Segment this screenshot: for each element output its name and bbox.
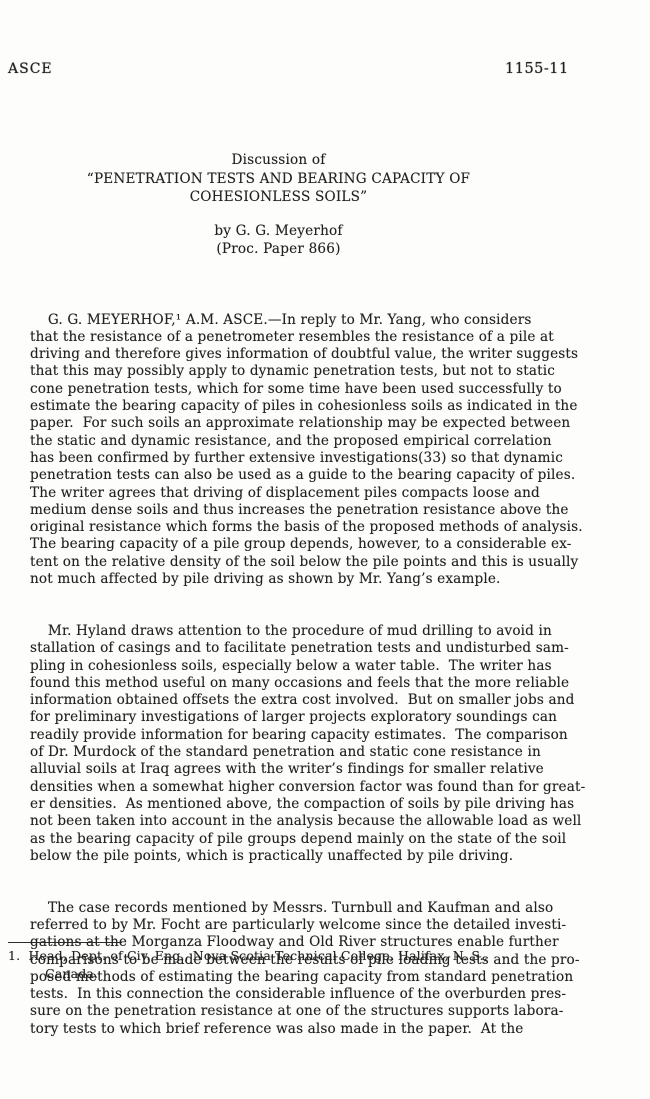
footnote-rule (8, 942, 122, 943)
paragraph-reply-to-yang: G. G. MEYERHOF,¹ A.M. ASCE.—In reply to … (30, 312, 648, 589)
author-byline: by G. G. Meyerhof (0, 222, 557, 240)
title-block: Discussion of “PENETRATION TESTS AND BEA… (0, 151, 557, 258)
paper-title-line2: COHESIONLESS SOILS” (0, 188, 557, 207)
paragraph-reply-to-hyland: Mr. Hyland draws attention to the proced… (30, 623, 648, 865)
footnote-block: 1. Head, Dept. of Civ. Eng., Nova Scotia… (8, 942, 628, 982)
proc-paper-reference: (Proc. Paper 866) (0, 240, 557, 258)
byline-group: by G. G. Meyerhof (Proc. Paper 866) (0, 222, 557, 258)
document-page: ASCE 1155-11 Discussion of “PENETRATION … (0, 0, 650, 1099)
journal-abbreviation: ASCE (8, 61, 53, 77)
paper-number: 1155-11 (505, 61, 569, 77)
page-header: ASCE 1155-11 (8, 61, 630, 79)
paper-title-line1: “PENETRATION TESTS AND BEARING CAPACITY … (0, 170, 557, 189)
discussion-of-label: Discussion of (0, 151, 557, 170)
footnote-text: 1. Head, Dept. of Civ. Eng., Nova Scotia… (8, 947, 628, 982)
